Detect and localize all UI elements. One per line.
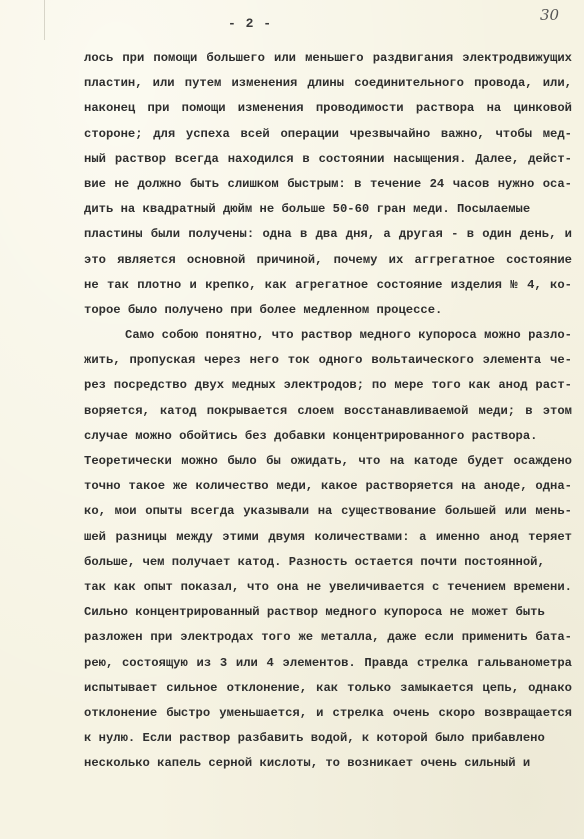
document-page: - 2 - 30 лось при помощи большего или ме… [0,0,584,839]
text-line: больше, чем получает катод. Разность ост… [84,550,572,575]
text-line: рею, состоящую из 3 или 4 элементов. Пра… [84,651,572,676]
text-line: испытывает сильное отклонение, как тольк… [84,676,572,701]
text-line: несколько капель серной кислоты, то возн… [84,751,572,776]
text-line: точно такое же количество меди, какое ра… [84,474,572,499]
text-line: Само собою понятно, что раствор медного … [84,323,572,348]
text-line: вие не должно быть слишком быстрым: в те… [84,172,572,197]
text-line: стороне; для успеха всей операции чрезвы… [84,122,572,147]
text-line: торое было получено при более медленном … [84,298,572,323]
typewritten-body-text: лось при помощи большего или меньшего ра… [84,46,572,776]
text-line: разложен при электродах того же металла,… [84,625,572,650]
text-line: пластины были получены: одна в два дня, … [84,222,572,247]
text-line: ный раствор всегда находился в состоянии… [84,147,572,172]
text-line: отклонение быстро уменьшается, и стрелка… [84,701,572,726]
text-line: пластин, или путем изменения длины соеди… [84,71,572,96]
text-line: наконец при помощи изменения проводимост… [84,96,572,121]
text-line: так как опыт показал, что она не увеличи… [84,575,572,600]
text-line: к нулю. Если раствор разбавить водой, к … [84,726,572,751]
text-line: рез посредство двух медных электродов; п… [84,373,572,398]
text-line: случае можно обойтись без добавки концен… [84,424,572,449]
text-line: дить на квадратный дюйм не больше 50-60 … [84,197,572,222]
text-line: воряется, катод покрывается слоем восста… [84,399,572,424]
text-line: ко, мои опыты всегда указывали на сущест… [84,499,572,524]
text-line: лось при помощи большего или меньшего ра… [84,46,572,71]
text-line: жить, пропуская через него ток одного во… [84,348,572,373]
text-line: шей разницы между этими двумя количества… [84,525,572,550]
handwritten-folio-number: 30 [540,6,559,24]
page-number: - 2 - [0,16,500,31]
text-line: не так плотно и крепко, как агрегатное с… [84,273,572,298]
text-line: это является основной причиной, почему и… [84,248,572,273]
text-line: Сильно концентрированный раствор медного… [84,600,572,625]
text-line: Теоретически можно было бы ожидать, что … [84,449,572,474]
